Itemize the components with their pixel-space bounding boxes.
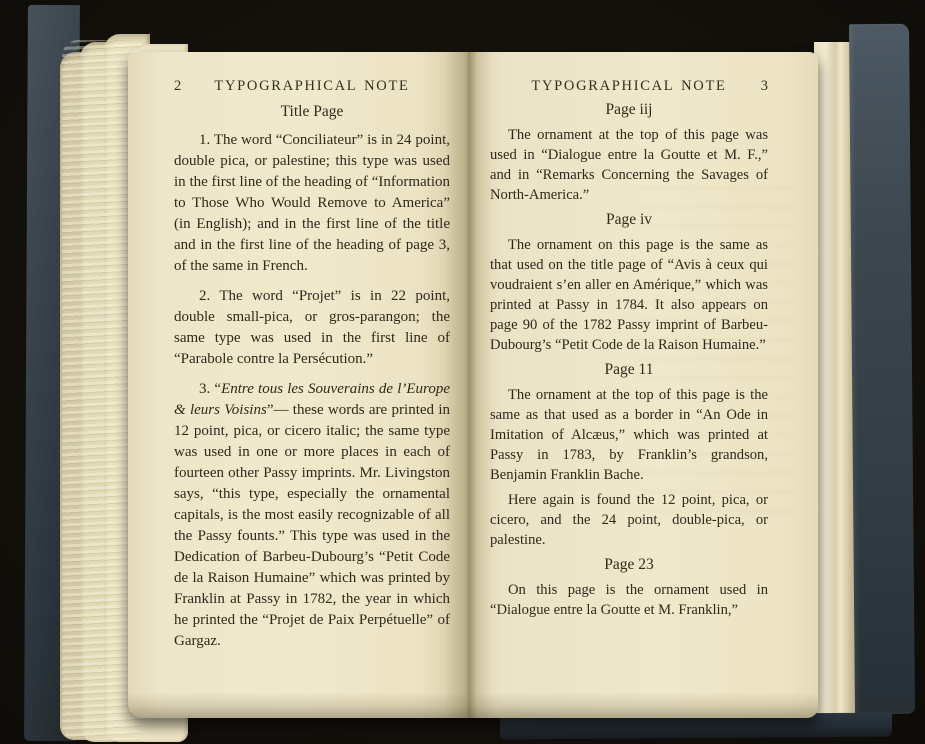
section-heading: Title Page <box>174 103 450 121</box>
paragraph: The ornament on this page is the same as… <box>490 235 768 355</box>
paragraph: 2. The word “Projet” is in 22 point, dou… <box>174 286 450 370</box>
section-heading: Page iv <box>490 211 768 229</box>
paragraph-text: 3. “ <box>199 381 221 397</box>
paragraph: 1. The word “Conciliateur” is in 24 poin… <box>174 130 450 277</box>
book-cover-right-edge <box>849 24 915 714</box>
left-page-text-column: 2 TYPOGRAPHICAL NOTE Title Page 1. The w… <box>174 78 450 661</box>
paragraph: The ornament at the top of this page is … <box>490 385 768 485</box>
paragraph: 3. “Entre tous les Souverains de l’Europ… <box>174 379 450 652</box>
section-heading: Page 23 <box>490 556 768 574</box>
book-page-left: 2 TYPOGRAPHICAL NOTE Title Page 1. The w… <box>128 52 468 718</box>
open-book-spread: 2 TYPOGRAPHICAL NOTE Title Page 1. The w… <box>128 52 818 718</box>
book-page-right: TYPOGRAPHICAL NOTE 3 Page iij The orname… <box>468 52 818 718</box>
running-head: TYPOGRAPHICAL NOTE <box>200 78 424 95</box>
page-number: 3 <box>742 78 768 95</box>
right-page-header: TYPOGRAPHICAL NOTE 3 <box>490 78 768 95</box>
paragraph: The ornament at the top of this page was… <box>490 125 768 205</box>
running-head: TYPOGRAPHICAL NOTE <box>516 78 742 95</box>
paragraph: On this page is the ornament used in “Di… <box>490 580 768 620</box>
paragraph-text: ”— these words are printed in 12 point, … <box>174 402 450 649</box>
right-page-text-column: TYPOGRAPHICAL NOTE 3 Page iij The orname… <box>490 78 768 625</box>
paragraph: Here again is found the 12 point, pica, … <box>490 490 768 550</box>
left-page-header: 2 TYPOGRAPHICAL NOTE <box>174 78 450 95</box>
page-number: 2 <box>174 78 200 95</box>
section-heading: Page iij <box>490 101 768 119</box>
section-heading: Page 11 <box>490 361 768 379</box>
book-photograph: 2 TYPOGRAPHICAL NOTE Title Page 1. The w… <box>0 0 925 744</box>
